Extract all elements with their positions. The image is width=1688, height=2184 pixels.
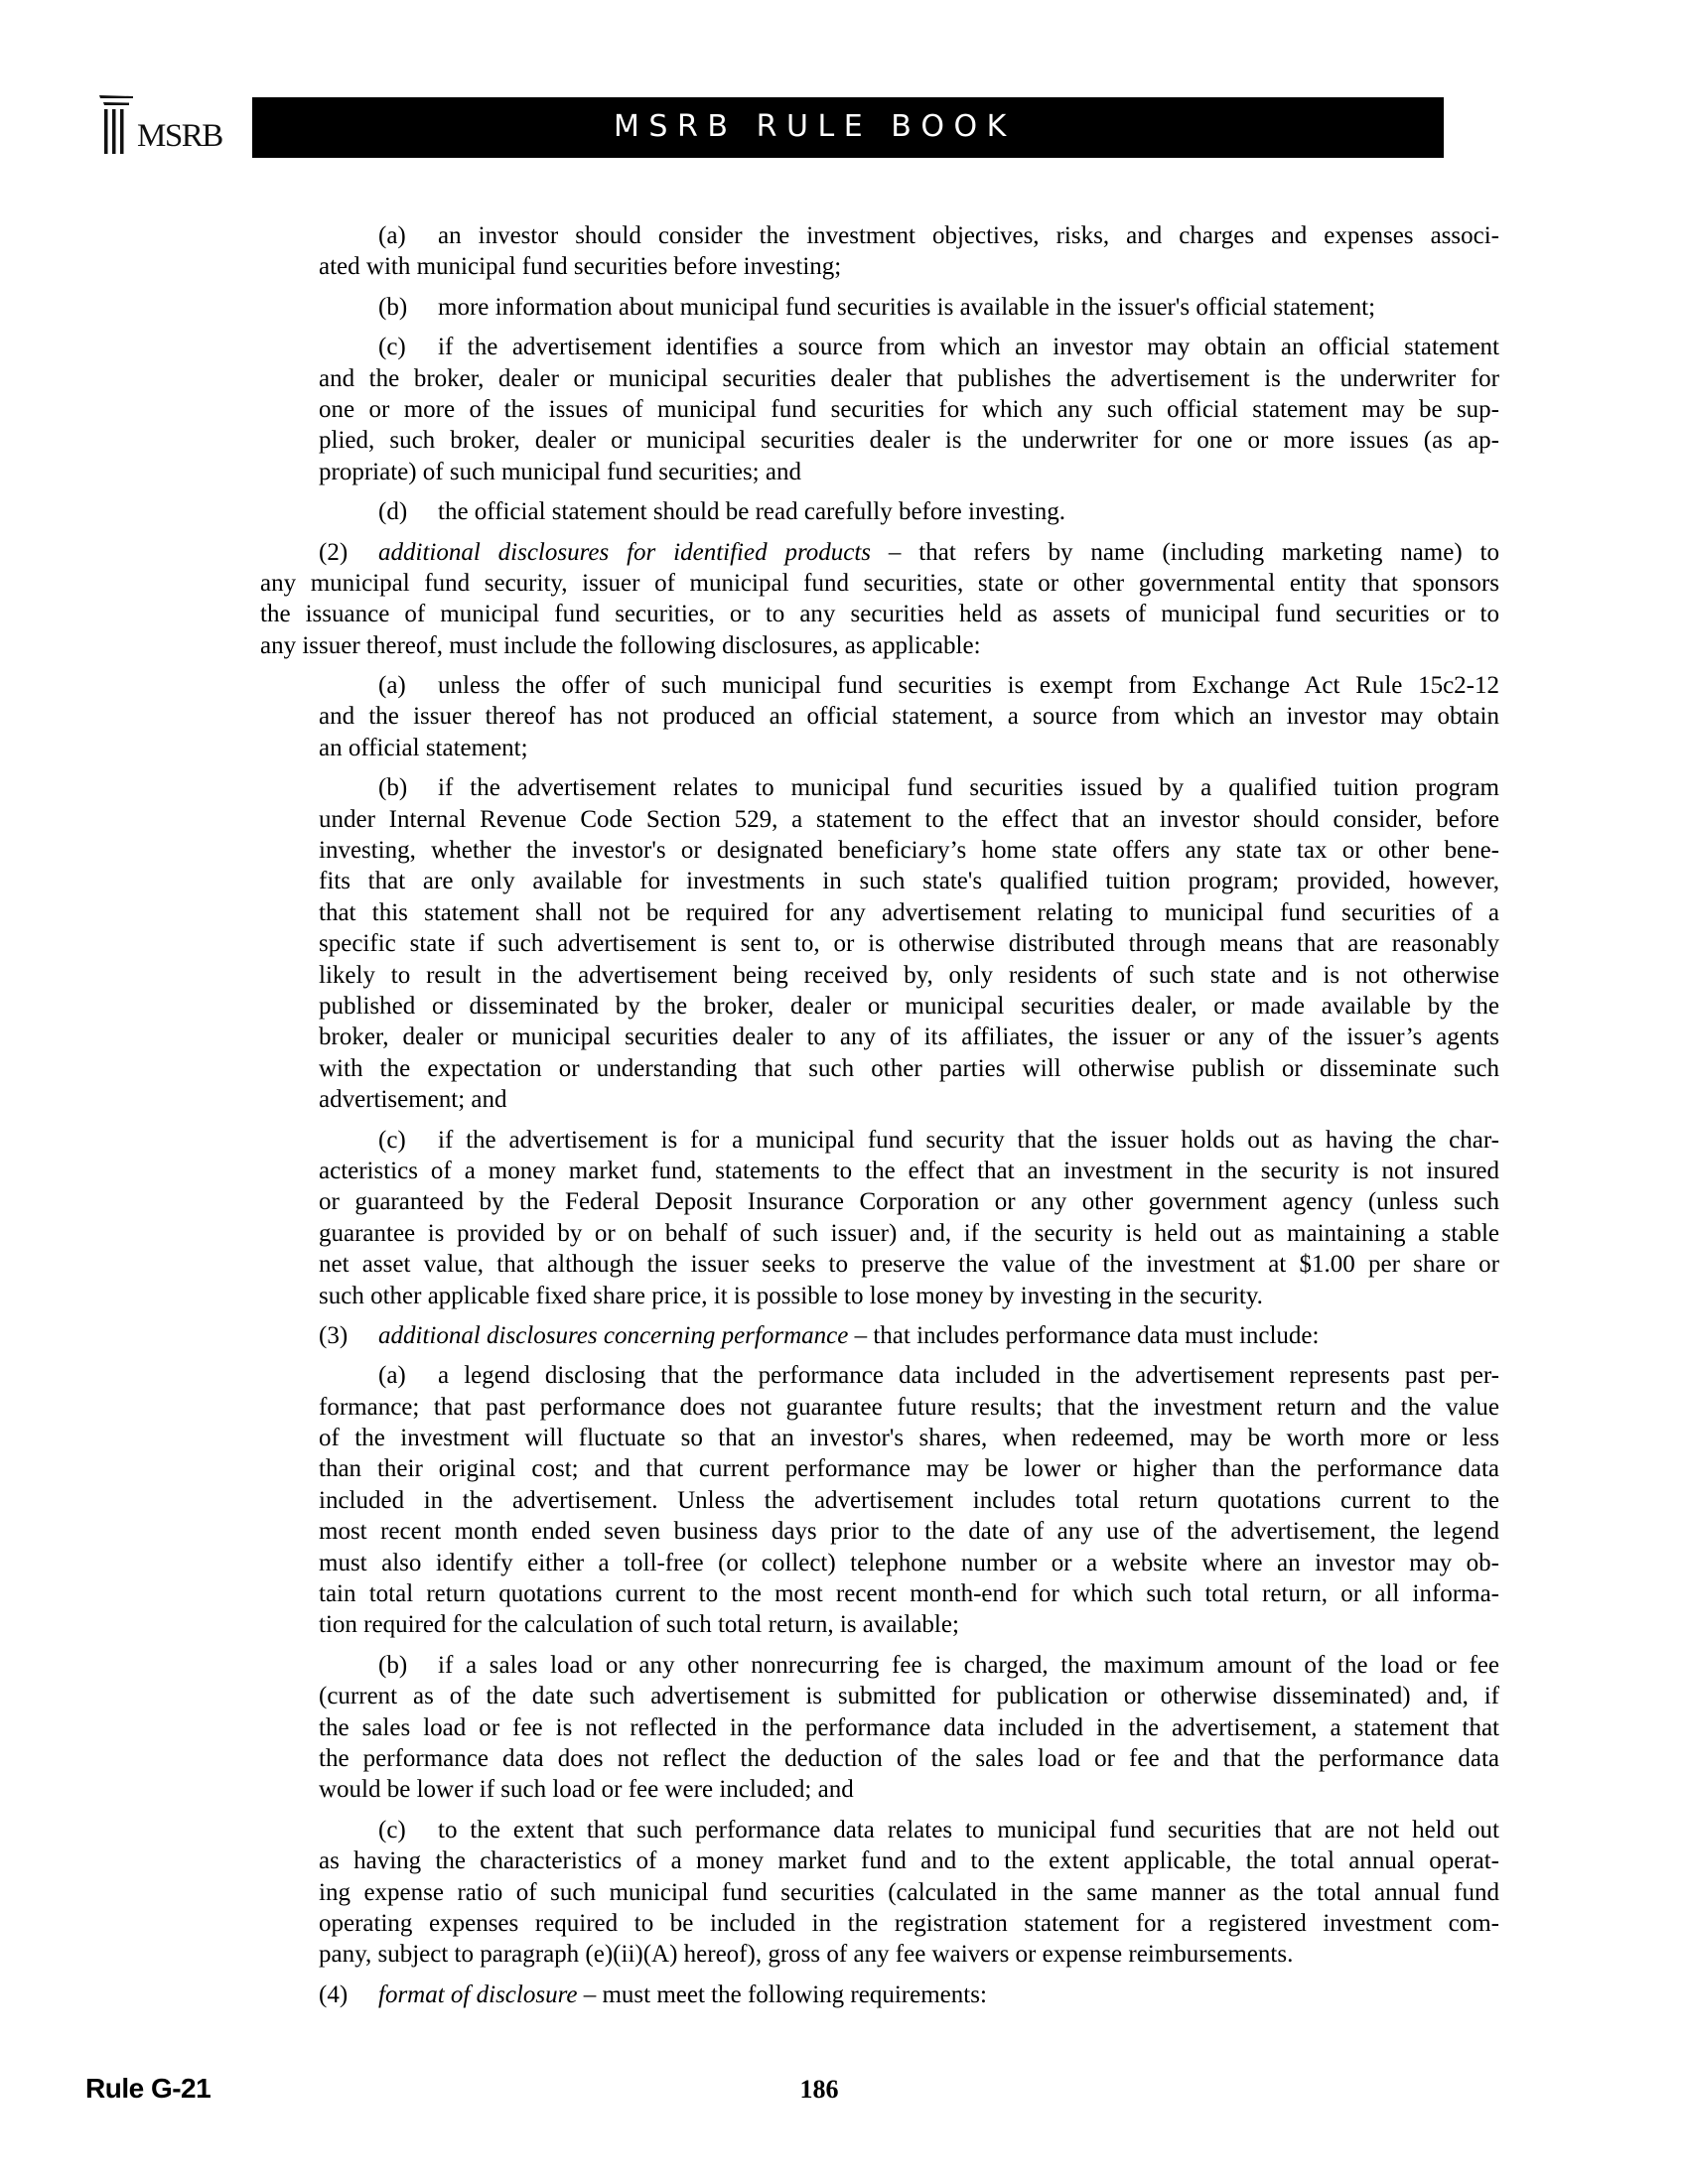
paragraph-text: propriate) of such municipal fund securi… (260, 457, 1499, 487)
paragraph-marker: (4) (319, 1979, 378, 2010)
paragraph-text: plied, such broker, dealer or municipal … (260, 425, 1499, 456)
paragraph-text: – that refers by name (including marketi… (871, 539, 1499, 566)
paragraph-text: the sales load or fee is not reflected i… (260, 1712, 1499, 1743)
paragraph-marker: (2) (319, 537, 378, 568)
paragraph-text: pany, subject to paragraph (e)(ii)(A) he… (260, 1939, 1499, 1970)
paragraph-text: likely to result in the advertisement be… (260, 960, 1499, 991)
paragraph-marker: (c) (378, 332, 438, 362)
page-number: 186 (779, 2075, 859, 2105)
paragraph-text: any municipal fund security, issuer of m… (260, 568, 1499, 599)
paragraph-3b: (b)if a sales load or any other nonrecur… (260, 1650, 1499, 1806)
paragraph-text: investing, whether the investor's or des… (260, 835, 1499, 866)
paragraph-text: unless the offer of such municipal fund … (438, 672, 1499, 699)
paragraph-2a: (a)unless the offer of such municipal fu… (260, 670, 1499, 763)
paragraph-2c: (c)if the advertisement is for a municip… (260, 1125, 1499, 1311)
section-label: additional disclosures concerning perfor… (378, 1322, 848, 1349)
paragraph-marker: (a) (378, 220, 438, 251)
paragraph-text: to the extent that such performance data… (438, 1817, 1499, 1843)
header-title: M S R B R U L E B O O K (614, 109, 1006, 145)
paragraph-text: – must meet the following requirements: (577, 1981, 986, 2008)
paragraph-text: net asset value, that although the issue… (260, 1249, 1499, 1280)
paragraph-2: (2)additional disclosures for identified… (260, 537, 1499, 662)
paragraph-text: formance; that past performance does not… (260, 1392, 1499, 1423)
paragraph-text: more information about municipal fund se… (438, 294, 1375, 321)
paragraph-1b: (b)more information about municipal fund… (260, 292, 1499, 323)
paragraph-text: and the broker, dealer or municipal secu… (260, 363, 1499, 394)
msrb-logo: MSRB (85, 91, 244, 157)
paragraph-text: an official statement; (260, 733, 1499, 763)
paragraph-text: the official statement should be read ca… (438, 498, 1065, 525)
paragraph-text: ing expense ratio of such municipal fund… (260, 1877, 1499, 1908)
paragraph-text: if the advertisement identifies a source… (438, 334, 1499, 360)
paragraph-text: if the advertisement relates to municipa… (438, 774, 1499, 801)
paragraph-text: with the expectation or understanding th… (260, 1053, 1499, 1084)
paragraph-3c: (c)to the extent that such performance d… (260, 1815, 1499, 1971)
header-bar: M S R B R U L E B O O K (252, 97, 1444, 158)
paragraph-text: specific state if such advertisement is … (260, 928, 1499, 959)
paragraph-text: published or disseminated by the broker,… (260, 991, 1499, 1022)
paragraph-text: fits that are only available for investm… (260, 866, 1499, 896)
paragraph-marker: (b) (378, 772, 438, 803)
paragraph-text: as having the characteristics of a money… (260, 1845, 1499, 1876)
paragraph-text: – that includes performance data must in… (848, 1322, 1319, 1349)
paragraph-1d: (d)the official statement should be read… (260, 496, 1499, 527)
paragraph-text: tain total return quotations current to … (260, 1578, 1499, 1609)
paragraph-marker: (c) (378, 1125, 438, 1156)
pillar-icon (99, 93, 133, 155)
paragraph-text: the issuance of municipal fund securitie… (260, 599, 1499, 629)
paragraph-text: if the advertisement is for a municipal … (438, 1127, 1499, 1154)
footer-rule-id: Rule G-21 (85, 2073, 211, 2105)
paragraph-text: operating expenses required to be includ… (260, 1908, 1499, 1939)
paragraph-marker: (a) (378, 1360, 438, 1391)
paragraph-2b: (b)if the advertisement relates to munic… (260, 772, 1499, 1115)
paragraph-text: or guaranteed by the Federal Deposit Ins… (260, 1186, 1499, 1217)
section-label: format of disclosure (378, 1981, 577, 2008)
paragraph-text: and the issuer thereof has not produced … (260, 701, 1499, 732)
paragraph-text: than their original cost; and that curre… (260, 1453, 1499, 1484)
document-body: (a)an investor should consider the inves… (260, 220, 1499, 2019)
paragraph-text: advertisement; and (260, 1084, 1499, 1115)
paragraph-1c: (c)if the advertisement identifies a sou… (260, 332, 1499, 487)
paragraph-1a: (a)an investor should consider the inves… (260, 220, 1499, 283)
paragraph-marker: (b) (378, 292, 438, 323)
logo-text: MSRB (137, 119, 222, 153)
paragraph-text: that this statement shall not be require… (260, 897, 1499, 928)
paragraph-text: if a sales load or any other nonrecurrin… (438, 1652, 1499, 1679)
paragraph-text: guarantee is provided by or on behalf of… (260, 1218, 1499, 1249)
section-label: additional disclosures for identified pr… (378, 539, 871, 566)
paragraph-text: any issuer thereof, must include the fol… (260, 630, 1499, 661)
paragraph-4: (4)format of disclosure – must meet the … (260, 1979, 1499, 2010)
paragraph-text: ated with municipal fund securities befo… (260, 251, 1499, 282)
paragraph-text: tion required for the calculation of suc… (260, 1609, 1499, 1640)
paragraph-text: such other applicable fixed share price,… (260, 1281, 1499, 1311)
paragraph-text: an investor should consider the investme… (438, 222, 1499, 249)
paragraph-text: of the investment will fluctuate so that… (260, 1423, 1499, 1453)
paragraph-text: the performance data does not reflect th… (260, 1743, 1499, 1774)
paragraph-text: must also identify either a toll-free (o… (260, 1548, 1499, 1578)
paragraph-text: acteristics of a money market fund, stat… (260, 1156, 1499, 1186)
paragraph-text: most recent month ended seven business d… (260, 1516, 1499, 1547)
paragraph-text: under Internal Revenue Code Section 529,… (260, 804, 1499, 835)
paragraph-3a: (a)a legend disclosing that the performa… (260, 1360, 1499, 1641)
paragraph-text: one or more of the issues of municipal f… (260, 394, 1499, 425)
paragraph-marker: (b) (378, 1650, 438, 1681)
paragraph-marker: (c) (378, 1815, 438, 1845)
paragraph-marker: (d) (378, 496, 438, 527)
paragraph-marker: (a) (378, 670, 438, 701)
paragraph-text: broker, dealer or municipal securities d… (260, 1022, 1499, 1052)
paragraph-text: a legend disclosing that the performance… (438, 1362, 1499, 1389)
paragraph-text: would be lower if such load or fee were … (260, 1774, 1499, 1805)
paragraph-marker: (3) (319, 1320, 378, 1351)
paragraph-3: (3)additional disclosures concerning per… (260, 1320, 1499, 1351)
paragraph-text: (current as of the date such advertiseme… (260, 1681, 1499, 1711)
paragraph-text: included in the advertisement. Unless th… (260, 1485, 1499, 1516)
